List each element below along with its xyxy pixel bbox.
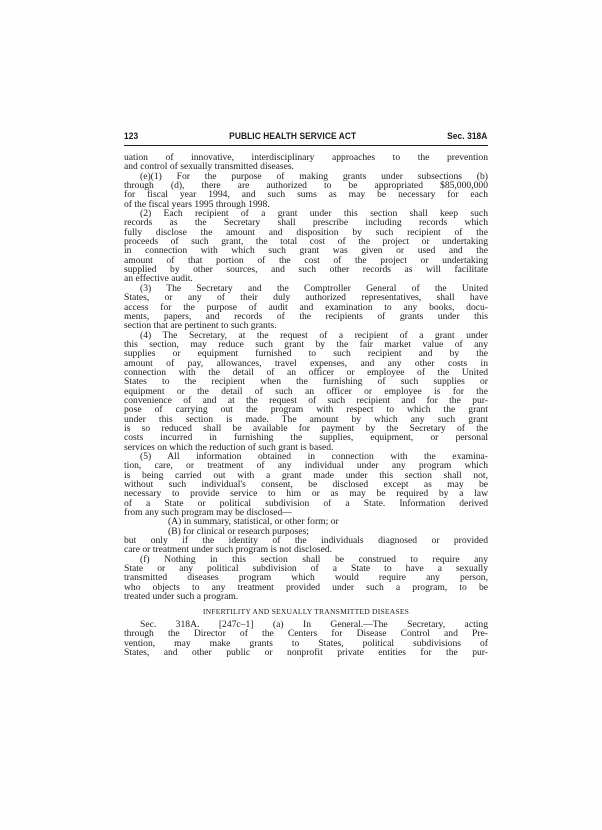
act-title: PUBLIC HEALTH SERVICE ACT xyxy=(229,131,356,143)
text-line: treated under such a program. xyxy=(124,592,488,601)
subsection-e-f-text: uation of innovative, interdisciplinary … xyxy=(124,153,488,602)
section-label: Sec. 318A xyxy=(447,131,487,143)
header-rule xyxy=(124,145,488,146)
section-318a-text: Sec. 318A. [247c–1] (a) In General.—The … xyxy=(124,620,488,657)
section-heading: INFERTILITY AND SEXUALLY TRANSMITTED DIS… xyxy=(124,607,488,616)
body-text: uation of innovative, interdisciplinary … xyxy=(124,153,488,657)
text-line: States, and other public or nonprofit pr… xyxy=(124,648,488,657)
running-head: 123 PUBLIC HEALTH SERVICE ACT Sec. 318A xyxy=(124,131,487,143)
document-page: 123 PUBLIC HEALTH SERVICE ACT Sec. 318A … xyxy=(124,131,488,657)
page-number: 123 xyxy=(124,131,138,143)
